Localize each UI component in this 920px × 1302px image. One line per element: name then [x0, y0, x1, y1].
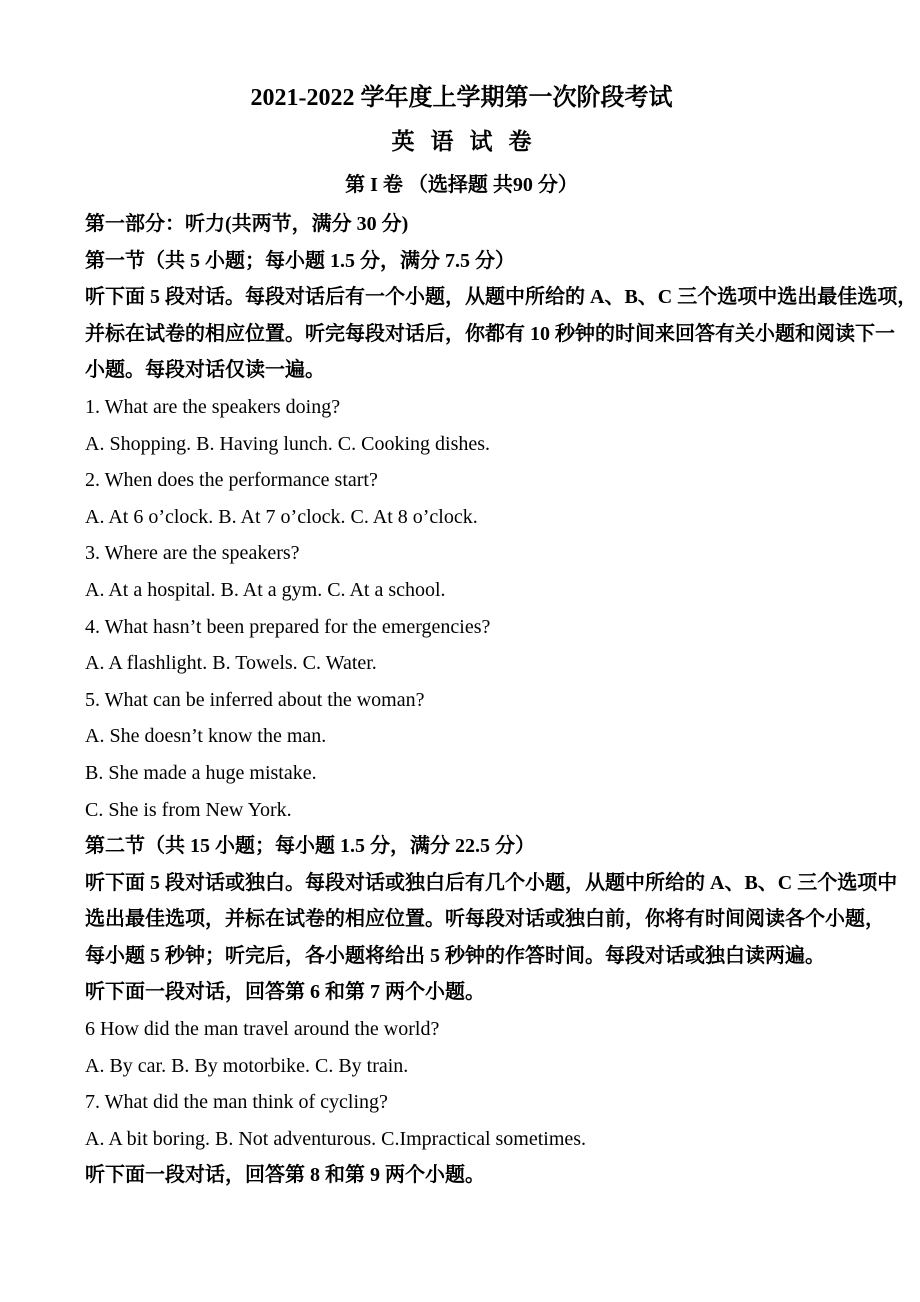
exam-paper-page: 2021-2022 学年度上学期第一次阶段考试 英语试卷 第 I 卷 （选择题 … — [0, 0, 920, 1302]
question-7-options: A. A bit boring. B. Not adventurous. C.I… — [85, 1121, 838, 1158]
dialog-6-7-intro: 听下面一段对话，回答第 6 和第 7 两个小题。 — [85, 974, 838, 1011]
question-4: 4. What hasn’t been prepared for the eme… — [85, 609, 838, 646]
question-7: 7. What did the man think of cycling? — [85, 1084, 838, 1121]
volume-header: 第 I 卷 （选择题 共90 分） — [85, 164, 838, 206]
section2-instructions-line-1: 听下面 5 段对话或独白。每段对话或独白后有几个小题，从题中所给的 A、B、C … — [85, 865, 838, 902]
exam-subtitle: 英语试卷 — [85, 120, 838, 164]
question-5: 5. What can be inferred about the woman? — [85, 682, 838, 719]
section1-header: 第一节（共 5 小题；每小题 1.5 分，满分 7.5 分） — [85, 243, 838, 280]
part1-header: 第一部分：听力(共两节，满分 30 分) — [85, 206, 838, 243]
question-1-options: A. Shopping. B. Having lunch. C. Cooking… — [85, 426, 838, 463]
dialog-8-9-intro: 听下面一段对话，回答第 8 和第 9 两个小题。 — [85, 1157, 838, 1194]
question-5-option-b: B. She made a huge mistake. — [85, 755, 838, 792]
question-3-options: A. At a hospital. B. At a gym. C. At a s… — [85, 572, 838, 609]
question-2-options: A. At 6 o’clock. B. At 7 o’clock. C. At … — [85, 499, 838, 536]
section2-instructions-line-2: 选出最佳选项，并标在试卷的相应位置。听每段对话或独白前，你将有时间阅读各个小题， — [85, 901, 838, 938]
question-6: 6 How did the man travel around the worl… — [85, 1011, 838, 1048]
question-6-options: A. By car. B. By motorbike. C. By train. — [85, 1048, 838, 1085]
question-3: 3. Where are the speakers? — [85, 535, 838, 572]
section1-instructions-line-2: 并标在试卷的相应位置。听完每段对话后，你都有 10 秒钟的时间来回答有关小题和阅… — [85, 316, 838, 353]
section1-instructions-line-1: 听下面 5 段对话。每段对话后有一个小题，从题中所给的 A、B、C 三个选项中选… — [85, 279, 838, 316]
section1-instructions-line-3: 小题。每段对话仅读一遍。 — [85, 352, 838, 389]
section2-header: 第二节（共 15 小题；每小题 1.5 分，满分 22.5 分） — [85, 828, 838, 865]
question-4-options: A. A flashlight. B. Towels. C. Water. — [85, 645, 838, 682]
question-5-option-a: A. She doesn’t know the man. — [85, 718, 838, 755]
exam-title: 2021-2022 学年度上学期第一次阶段考试 — [85, 76, 838, 120]
section2-instructions-line-3: 每小题 5 秒钟；听完后，各小题将给出 5 秒钟的作答时间。每段对话或独白读两遍… — [85, 938, 838, 975]
question-2: 2. When does the performance start? — [85, 462, 838, 499]
question-1: 1. What are the speakers doing? — [85, 389, 838, 426]
question-5-option-c: C. She is from New York. — [85, 792, 838, 829]
